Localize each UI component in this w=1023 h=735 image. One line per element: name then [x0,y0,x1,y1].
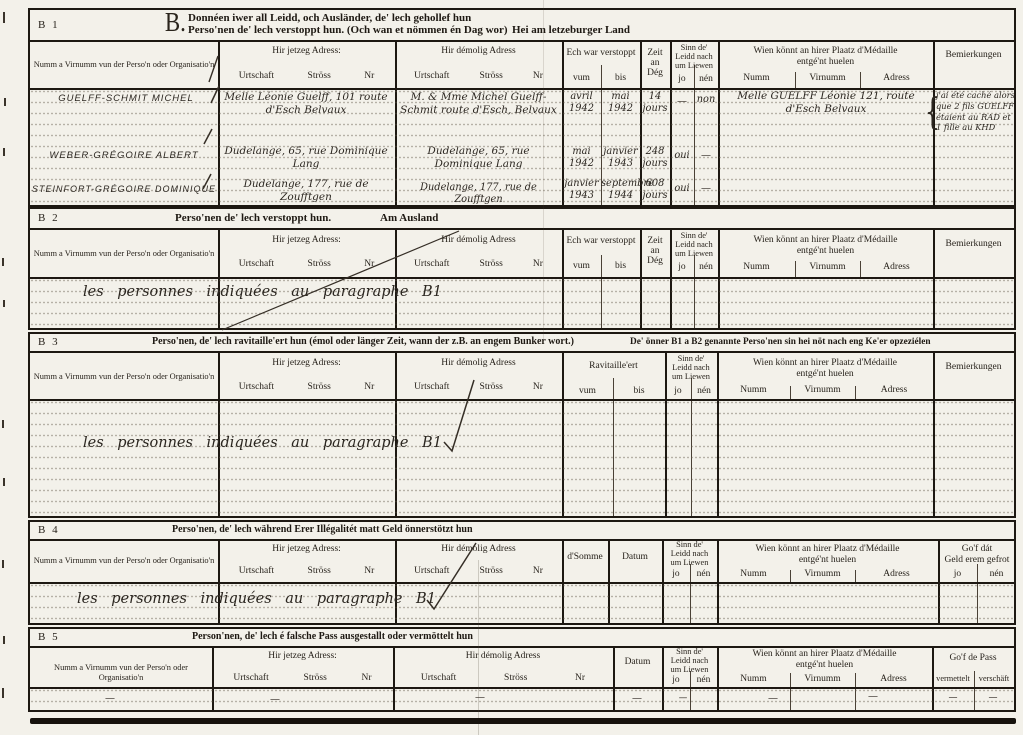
header-zeit-3: Dég [640,68,670,79]
entry-jetzeg: Dudelange, 177, rue de Zoufftgen [220,178,392,204]
header-adress: Adress [860,73,933,84]
entry-zeit: 608 jours [640,178,670,202]
header-demolig-subs: Urtschaft Ströss Nr [399,382,558,392]
header-nen: nén [691,386,717,397]
header-vum: vum [562,73,601,84]
entry-bis: janvier 1943 [601,146,640,170]
header-demolig-adress: Hir démolig Adress [395,544,562,555]
header-jo: jo [670,74,694,85]
entry-nen: — [694,150,718,163]
entry-bis: mai 1942 [601,91,640,115]
entry-jo: oui [670,150,694,162]
header-nen: nén [694,74,718,85]
entry-name: WEBER-GRÉGOIRE ALBERT [34,150,214,162]
header-jo: jo [662,569,690,580]
entry-demolig: M. & Mme Michel Guelff-Schmit route d'Es… [397,91,560,117]
header-jetzeg-adress: Hir jetzeg Adress: [212,651,393,662]
header-urtschaft: Urtschaft [233,673,268,683]
header-stross: Ströss [480,71,503,81]
header-bemierkungen: Bemierkungen [933,50,1014,61]
header-virnumm: Virnumm [795,262,860,273]
header-bis: bis [601,261,640,272]
section-b1-id: B 1 [38,19,60,32]
section-b2-id: B 2 [38,212,60,225]
scan-artifact [3,148,5,156]
header-jo: jo [662,675,690,686]
header-jetzeg-adress: Hir jetzeg Adress: [218,46,395,57]
header-numm: Numm [717,569,790,580]
header-virnumm: Virnumm [790,674,855,685]
header-stross: Ströss [308,382,331,392]
entry-see-paragraph-b1: les personnes indiquées au paragraphe B1 [77,590,436,608]
header-bis: bis [601,73,640,84]
header-nen: nén [690,569,717,580]
b4-title: Perso'nen, de' lech während Erer Illégal… [172,524,473,535]
header-vum: vum [562,261,601,272]
scan-artifact [2,688,4,698]
header-wien-1: Wien könnt an hirer Plaatz d'Médaille [718,46,933,57]
header-zeit-3: Dég [640,256,670,267]
header-stross: Ströss [504,673,527,683]
header-jo: jo [938,569,977,580]
section-b5-id: B 5 [38,631,60,644]
entry-nen: — [694,183,718,196]
entry-medal-person: Melle GUELFF Léonie 121, route d'Esch Be… [720,90,932,116]
header-nr: Nr [364,71,374,81]
header-nen: nén [690,675,717,686]
entry-vum: janvier 1943 [562,178,601,202]
header-wien-2: entgé'nt huelen [718,57,933,68]
b2-title-location: Am Ausland [380,212,438,224]
header-ravitailleert: Ravitaille'ert [562,361,665,372]
header-demolig-adress: Hir démolig Adress [395,235,562,246]
big-letter-b: B. [165,7,186,38]
section-b5-titlebar: B 5 Person'nen, de' lech é falsche Pass … [30,629,1014,648]
header-jetzeg-subs: Urtschaft Ströss Nr [222,259,391,269]
scanned-form-page: B 1 B. Donnéen iwer all Leidd, och Auslä… [0,0,1023,735]
header-datum: Datum [608,552,662,563]
header-sinn-3: um Liewen [665,372,717,382]
header-urtschaft: Urtschaft [239,382,274,392]
header-sinn-3: um Liewen [662,665,717,675]
header-stross: Ströss [480,566,503,576]
fold-crease [478,560,479,735]
header-name-col: Numm a Virnumm vun der Perso'n oder Orga… [32,249,216,259]
header-adress: Adress [860,262,933,273]
header-vum: vum [562,386,613,397]
header-somme: d'Somme [562,552,608,563]
header-jo: jo [670,262,694,273]
header-bis: bis [613,386,665,397]
header-numm: Numm [717,674,790,685]
header-wien-2: entgé'nt huelen [717,369,933,380]
header-demolig-adress: Hir démolig Adress [395,46,562,57]
header-stross: Ströss [480,259,503,269]
header-name-col: Numm a Virnumm vun der Perso'n oder Orga… [32,556,216,566]
header-nr: Nr [364,566,374,576]
entry-see-paragraph-b1: les personnes indiquées au paragraphe B1 [83,283,442,301]
header-nr: Nr [362,673,372,683]
header-jetzeg-subs: Urtschaft Ströss Nr [216,673,389,683]
header-vermettelt: vermettelt [932,674,974,684]
header-verstoppt: Ech war verstoppt [562,236,640,247]
header-virnumm: Virnumm [795,73,860,84]
header-nen: nén [694,262,718,273]
page-bottom-edge [30,718,1016,724]
header-bemierkungen: Bemierkungen [933,239,1014,250]
entry-vum: mai 1942 [562,146,601,170]
section-b3: B 3 Perso'nen, de' lech ravitaille'ert h… [28,332,1016,518]
header-urtschaft: Urtschaft [239,259,274,269]
entry-see-paragraph-b1: les personnes indiquées au paragraphe B1 [83,434,442,452]
header-adress: Adress [855,569,938,580]
scan-artifact [4,98,6,106]
b2-title: Perso'nen de' lech verstoppt hun. [175,212,331,224]
header-urtschaft: Urtschaft [414,259,449,269]
entry-dash-vermettelt: — [935,693,971,704]
scan-artifact [3,636,5,644]
b3-title-note: De' önner B1 a B2 genannte Perso'nen sin… [630,337,931,347]
entry-dash-datum: — [620,693,654,706]
header-wien-1: Wien könnt an hirer Plaatz d'Médaille [717,544,938,555]
entry-dash-name: — [90,693,130,706]
header-gof-geld-1: Go'f dát [938,544,1016,555]
header-nr: Nr [533,566,543,576]
header-urtschaft: Urtschaft [421,673,456,683]
header-wien-1: Wien könnt an hirer Plaatz d'Médaille [718,235,933,246]
b1-title-line2: Perso'nen de' lech verstoppt hun. (Och w… [188,24,508,36]
header-demolig-adress: Hir démolig Adress [395,358,562,369]
entry-jo: oui [670,183,694,195]
scan-artifact [2,560,4,568]
section-b3-titlebar: B 3 Perso'nen, de' lech ravitaille'ert h… [30,334,1014,353]
entry-nen: non [694,94,718,106]
header-stross: Ströss [308,566,331,576]
header-name-col: Numm a Virnumm vun der Perso'n oder Orga… [32,60,216,70]
scan-artifact [2,420,4,428]
b1-title-line1: Donnéen iwer all Leidd, och Ausländer, d… [188,12,471,24]
entry-jo: — [670,96,694,109]
header-stross: Ströss [308,71,331,81]
header-urtschaft: Urtschaft [414,382,449,392]
header-verstoppt: Ech war verstoppt [562,48,640,59]
header-nr: Nr [533,71,543,81]
section-b2-titlebar: B 2 Perso'nen de' lech verstoppt hun. Am… [30,209,1014,230]
header-adress: Adress [855,674,932,685]
header-virnumm: Virnumm [790,385,855,396]
header-adress: Adress [855,385,933,396]
entry-jetzeg: Melle Léonie Guelff, 101 route d'Esch Be… [220,91,392,117]
entry-name: STEINFORT-GRÉGOIRE DOMINIQUE [32,184,216,195]
scan-artifact [3,478,5,486]
fold-crease [543,0,544,340]
scan-artifact [3,300,5,307]
entry-jetzeg: Dudelange, 65, rue Dominique Lang [220,145,392,171]
entry-zeit: 14 jours [640,91,670,115]
header-stross: Ströss [308,259,331,269]
section-b1: B 1 B. Donnéen iwer all Leidd, och Auslä… [28,8,1016,207]
entry-dash-jo: — [670,693,696,704]
header-stross: Ströss [480,382,503,392]
header-bemierkungen: Bemierkungen [933,362,1014,373]
scan-artifact [2,258,4,266]
b3-title: Perso'nen, de' lech ravitaille'ert hun (… [152,336,574,347]
entry-bemierkungen: j'ai été caché alors que 2 fils GUELFF é… [936,90,1016,133]
entry-dash-jetzeg: — [255,694,295,707]
entry-zeit: 248 jours [640,146,670,170]
header-sinn-3: um Liewen [670,249,718,259]
header-demolig-subs: Urtschaft Ströss Nr [399,259,558,269]
header-nr: Nr [533,382,543,392]
header-wien-2: entgé'nt huelen [717,555,938,566]
header-datum: Datum [613,657,662,668]
section-b4-titlebar: B 4 Perso'nen, de' lech während Erer Ill… [30,522,1014,541]
header-wien-1: Wien könnt an hirer Plaatz d'Médaille [717,649,932,660]
header-urtschaft: Urtschaft [414,71,449,81]
header-wien-2: entgé'nt huelen [718,246,933,257]
header-numm: Numm [717,385,790,396]
header-gof-geld-2: Geld erem gefrot [938,555,1016,566]
header-urtschaft: Urtschaft [239,566,274,576]
header-stross: Ströss [304,673,327,683]
header-wien-1: Wien könnt an hirer Plaatz d'Médaille [717,358,933,369]
section-b2: B 2 Perso'nen de' lech verstoppt hun. Am… [28,207,1016,330]
header-name-col: Numm a Virnumm vun der Perso'n oder Orga… [32,663,210,683]
entry-bis: septembre 1944 [601,178,640,202]
header-jetzeg-adress: Hir jetzeg Adress: [218,358,395,369]
section-b4: B 4 Perso'nen, de' lech während Erer Ill… [28,520,1016,625]
entry-vum: avril 1942 [562,91,601,115]
entry-demolig: Dudelange, 177, rue de Zoufftgen [397,182,560,206]
entry-name: GUELFF-SCHMIT MICHEL [38,93,214,105]
header-sinn-3: um Liewen [662,558,717,568]
header-virnumm: Virnumm [790,569,855,580]
header-jetzeg-subs: Urtschaft Ströss Nr [222,382,391,392]
header-demolig-subs: Urtschaft Ströss Nr [399,71,558,81]
header-jetzeg-subs: Urtschaft Ströss Nr [222,566,391,576]
entry-dash-numm: — [753,693,793,706]
header-nr: Nr [533,259,543,269]
header-name-col: Numm a Virnumm vun der Perso'n oder Orga… [32,372,216,382]
header-demolig-subs: Urtschaft Ströss Nr [397,673,609,683]
header-jetzeg-adress: Hir jetzeg Adress: [218,235,395,246]
header-jetzeg-subs: Urtschaft Ströss Nr [222,71,391,81]
header-gof-pass: Go'f de Pass [932,653,1014,664]
header-nr: Nr [575,673,585,683]
b5-title: Person'nen, de' lech é falsche Pass ausg… [192,631,473,642]
b1-title-location: Hei am letzeburger Land [512,24,630,36]
header-verschaft: verschäft [974,674,1014,684]
entry-dash-verschaft: — [975,693,1011,704]
header-jetzeg-adress: Hir jetzeg Adress: [218,544,395,555]
section-b3-id: B 3 [38,336,60,349]
header-urtschaft: Urtschaft [414,566,449,576]
dotted-writing-lines [30,401,1014,516]
entry-dash-adress: — [853,691,893,704]
header-wien-2: entgé'nt huelen [717,660,932,671]
header-sinn-3: um Liewen [670,61,718,71]
header-demolig-adress: Hir démolig Adress [393,651,613,662]
header-urtschaft: Urtschaft [239,71,274,81]
section-b4-id: B 4 [38,524,60,537]
header-nen: nén [977,569,1016,580]
header-numm: Numm [718,262,795,273]
header-nr: Nr [364,382,374,392]
section-b5: B 5 Person'nen, de' lech é falsche Pass … [28,627,1016,712]
entry-demolig: Dudelange, 65, rue Dominique Lang [397,145,560,171]
header-jo: jo [665,386,691,397]
section-b1-titlebar: B 1 B. Donnéen iwer all Leidd, och Auslä… [30,10,1014,42]
header-nr: Nr [364,259,374,269]
header-numm: Numm [718,73,795,84]
entry-dash-demolig: — [460,692,500,705]
scan-artifact [3,12,5,23]
